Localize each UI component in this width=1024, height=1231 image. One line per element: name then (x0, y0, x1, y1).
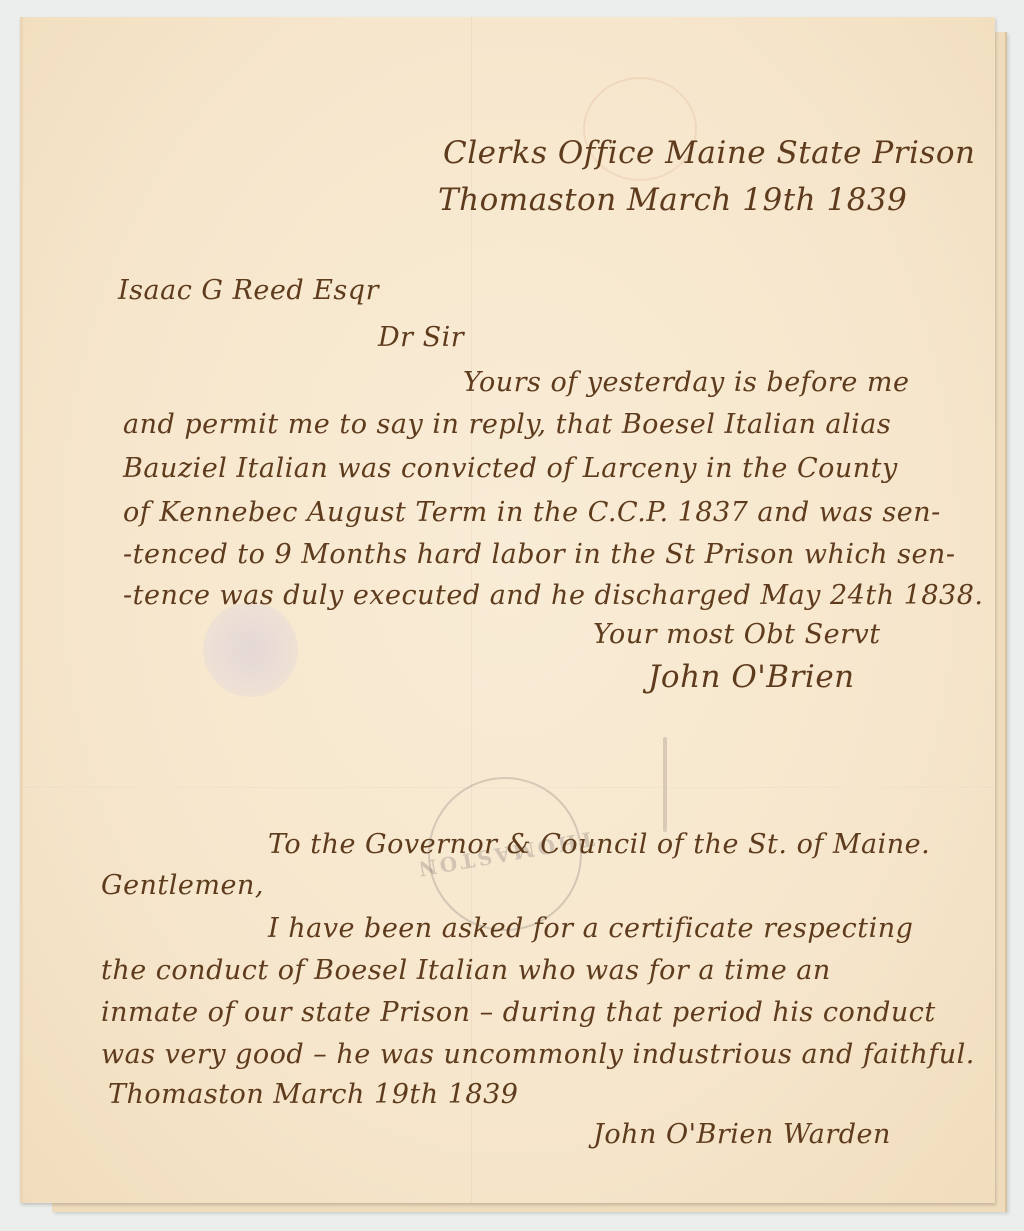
dateline-2: Thomaston March 19th 1839 (108, 1079, 518, 1110)
body-line: Yours of yesterday is before me (463, 367, 909, 398)
heading-line-2: Thomaston March 19th 1839 (438, 182, 907, 218)
address-2: To the Governor & Council of the St. of … (268, 829, 930, 860)
addressee: Isaac G Reed Esqr (118, 275, 379, 306)
body-line: Bauziel Italian was convicted of Larceny… (123, 453, 898, 484)
signature-1: John O'Brien (648, 659, 855, 695)
closing: Your most Obt Servt (593, 619, 881, 650)
salutation-2: Gentlemen, (101, 870, 264, 901)
heading-line-1: Clerks Office Maine State Prison (443, 135, 975, 171)
body-line: and permit me to say in reply, that Boes… (123, 409, 891, 440)
body-line: I have been asked for a certificate resp… (268, 913, 913, 944)
body-line: -tenced to 9 Months hard labor in the St… (123, 539, 955, 570)
body-line: was very good – he was uncommonly indust… (101, 1039, 975, 1070)
signature-2: John O'Brien Warden (593, 1119, 891, 1150)
ink-bleed-through (663, 737, 667, 832)
body-line: the conduct of Boesel Italian who was fo… (101, 955, 831, 986)
letter-page: THOMASTON Clerks Office Maine State Pris… (20, 17, 995, 1203)
salutation-1: Dr Sir (378, 322, 464, 353)
body-line: inmate of our state Prison – during that… (101, 997, 936, 1028)
body-line: -tence was duly executed and he discharg… (123, 580, 983, 611)
body-line: of Kennebec August Term in the C.C.P. 18… (123, 497, 941, 528)
wax-seal-stain (203, 602, 298, 697)
